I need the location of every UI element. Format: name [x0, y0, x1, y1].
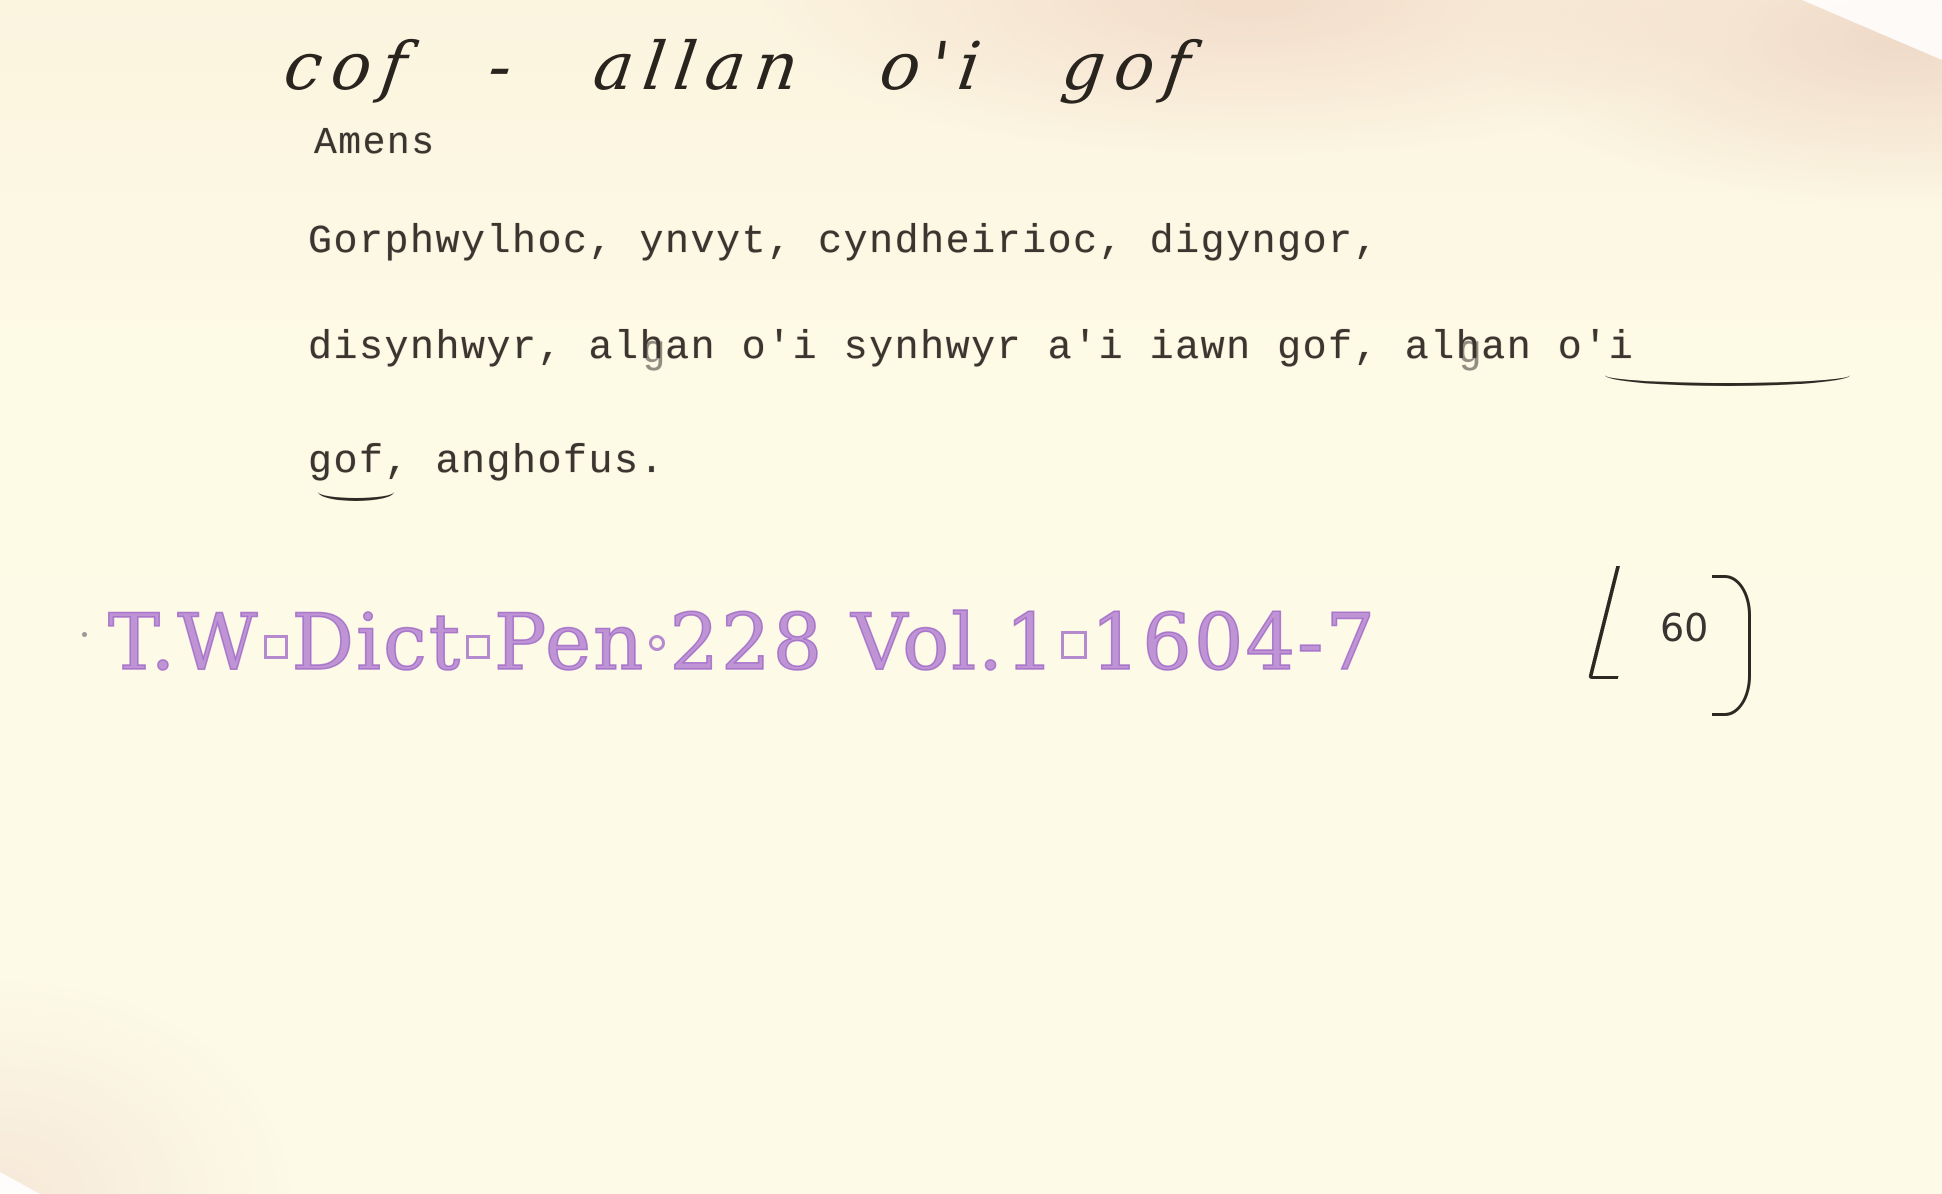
stamp-square-separator-icon — [466, 635, 490, 659]
handwritten-underline — [318, 490, 394, 501]
reference-number: 60 — [1660, 606, 1708, 650]
stamp-part: Pen — [494, 598, 645, 688]
stamp-part: 1604-7 — [1091, 598, 1378, 688]
stamp-part: T.W — [108, 598, 260, 688]
stamp-square-separator-icon — [1061, 631, 1087, 659]
index-card: cof - allan o'i gof Amens Gorphwylhoc, y… — [0, 0, 1942, 1194]
definition-line-2: disynhwyr, alhan o'i synhwyr a'i iawn go… — [308, 326, 1634, 371]
definition-line-3: gof, anghofus. — [308, 440, 665, 485]
stamp-part: 228 — [669, 598, 824, 688]
card-corner-bottom-left — [0, 1172, 40, 1194]
overstruck-letter: h — [1456, 326, 1482, 371]
stamp-part: Dict — [292, 598, 463, 688]
card-corner-top-right — [1802, 0, 1942, 60]
handwritten-underline — [1605, 373, 1850, 386]
stamp-part: Vol.1 — [851, 598, 1057, 688]
underlined-word: gof — [308, 440, 385, 485]
definition-line-1: Gorphwylhoc, ynvyt, cyndheirioc, digyngo… — [308, 220, 1379, 265]
stamp-dot-separator-icon — [649, 635, 665, 651]
line2-text-a: disynhwyr, al — [308, 326, 640, 371]
handwritten-right-bracket-icon — [1712, 575, 1751, 716]
source-stamp: T.WDictPen228 Vol.11604-7 — [108, 598, 1377, 688]
handwritten-left-bracket-icon — [1588, 566, 1646, 679]
line3-rest: , anghofus. — [385, 440, 666, 485]
line2-text-c: an o'i — [1481, 326, 1634, 371]
headword: Amens — [314, 122, 436, 165]
stamp-square-separator-icon — [264, 635, 288, 659]
line2-text-b: an o'i synhwyr a'i iawn gof, al — [665, 326, 1456, 371]
ink-speck — [82, 632, 87, 637]
overstruck-letter: h — [640, 326, 666, 371]
handwritten-heading: cof - allan o'i gof — [280, 28, 1205, 105]
